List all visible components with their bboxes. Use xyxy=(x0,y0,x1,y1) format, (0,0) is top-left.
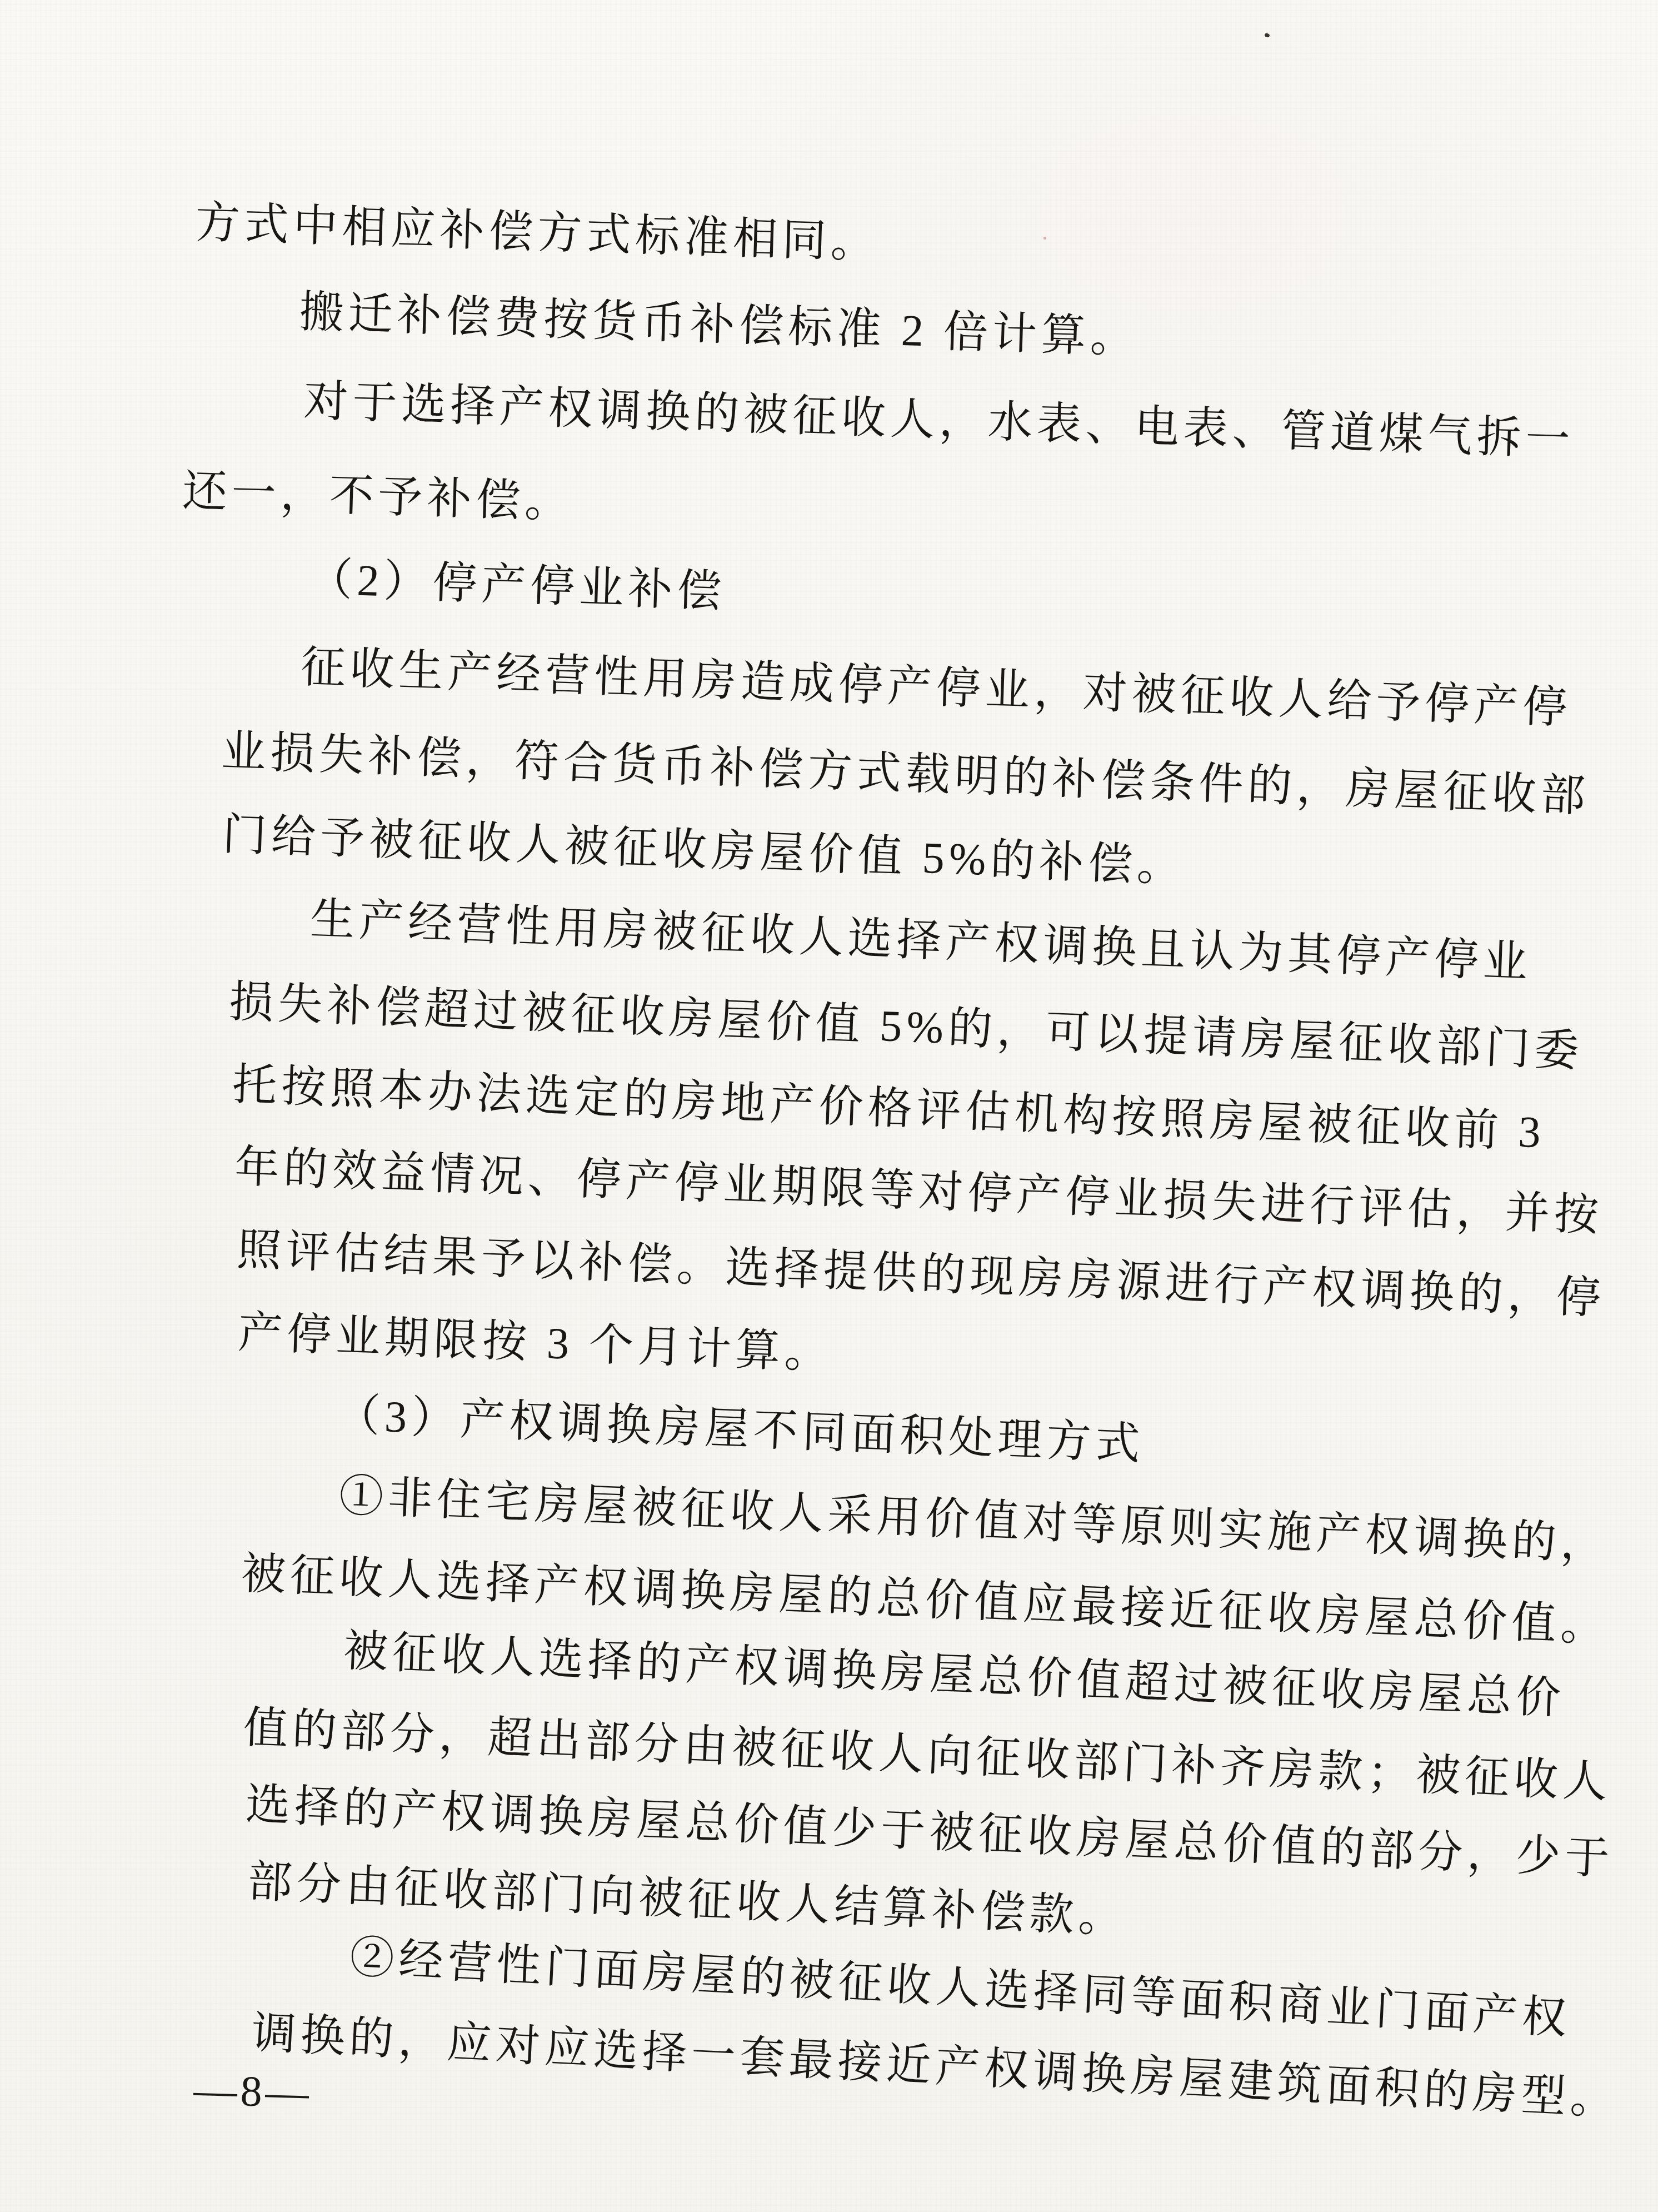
ink-speck xyxy=(1043,237,1046,240)
text-line: 征收生产经营性用房造成停产停业，对被征收人给予停产停 xyxy=(300,642,1572,734)
text-line: 业损失补偿，符合货币补偿方式载明的补偿条件的，房屋征收部 xyxy=(221,726,1591,823)
text-line: ①非住宅房屋被征收人采用价值对等原则实施产权调换的， xyxy=(338,1471,1610,1571)
text-line: 生产经营性用房被征收人选择产权调换且认为其停产停业 xyxy=(309,894,1533,989)
text-line: 对于选择产权调换的被征收人，水表、电表、管道煤气拆一 xyxy=(303,376,1575,466)
text-line: 部分由征收部门向被征收人结算补偿款。 xyxy=(247,1856,1128,1944)
ink-speck xyxy=(1264,33,1270,38)
text-line: 托按照本办法选定的房地产价格评估机构按照房屋被征收前 3 xyxy=(232,1059,1546,1159)
text-line: 方式中相应补偿方式标准相同。 xyxy=(194,197,880,269)
text-line: 还一，不予补偿。 xyxy=(182,466,574,529)
text-line: 搬迁补偿费按货币补偿标准 2 倍计算。 xyxy=(298,287,1140,363)
text-line: 门给予被征收人被征收房屋价值 5%的补偿。 xyxy=(222,809,1187,892)
text-line: 损失补偿超过被征收房屋价值 5%的，可以提请房屋征收部门委 xyxy=(228,977,1584,1077)
text-line: （2）停产停业补偿 xyxy=(307,554,727,618)
document-page: 方式中相应补偿方式标准相同。 搬迁补偿费按货币补偿标准 2 倍计算。 对于选择产… xyxy=(0,0,1658,2212)
text-line: 照评估结果予以补偿。选择提供的现房房源进行产权调换的，停 xyxy=(236,1224,1606,1324)
text-line: 年的效益情况、停产停业期限等对停产停业损失进行评估，并按 xyxy=(234,1142,1604,1242)
text-line: （3）产权调换房屋不同面积处理方式 xyxy=(335,1389,1145,1470)
page-number: —8— xyxy=(193,2065,312,2118)
text-line: 产停业期限按 3 个月计算。 xyxy=(237,1307,835,1379)
